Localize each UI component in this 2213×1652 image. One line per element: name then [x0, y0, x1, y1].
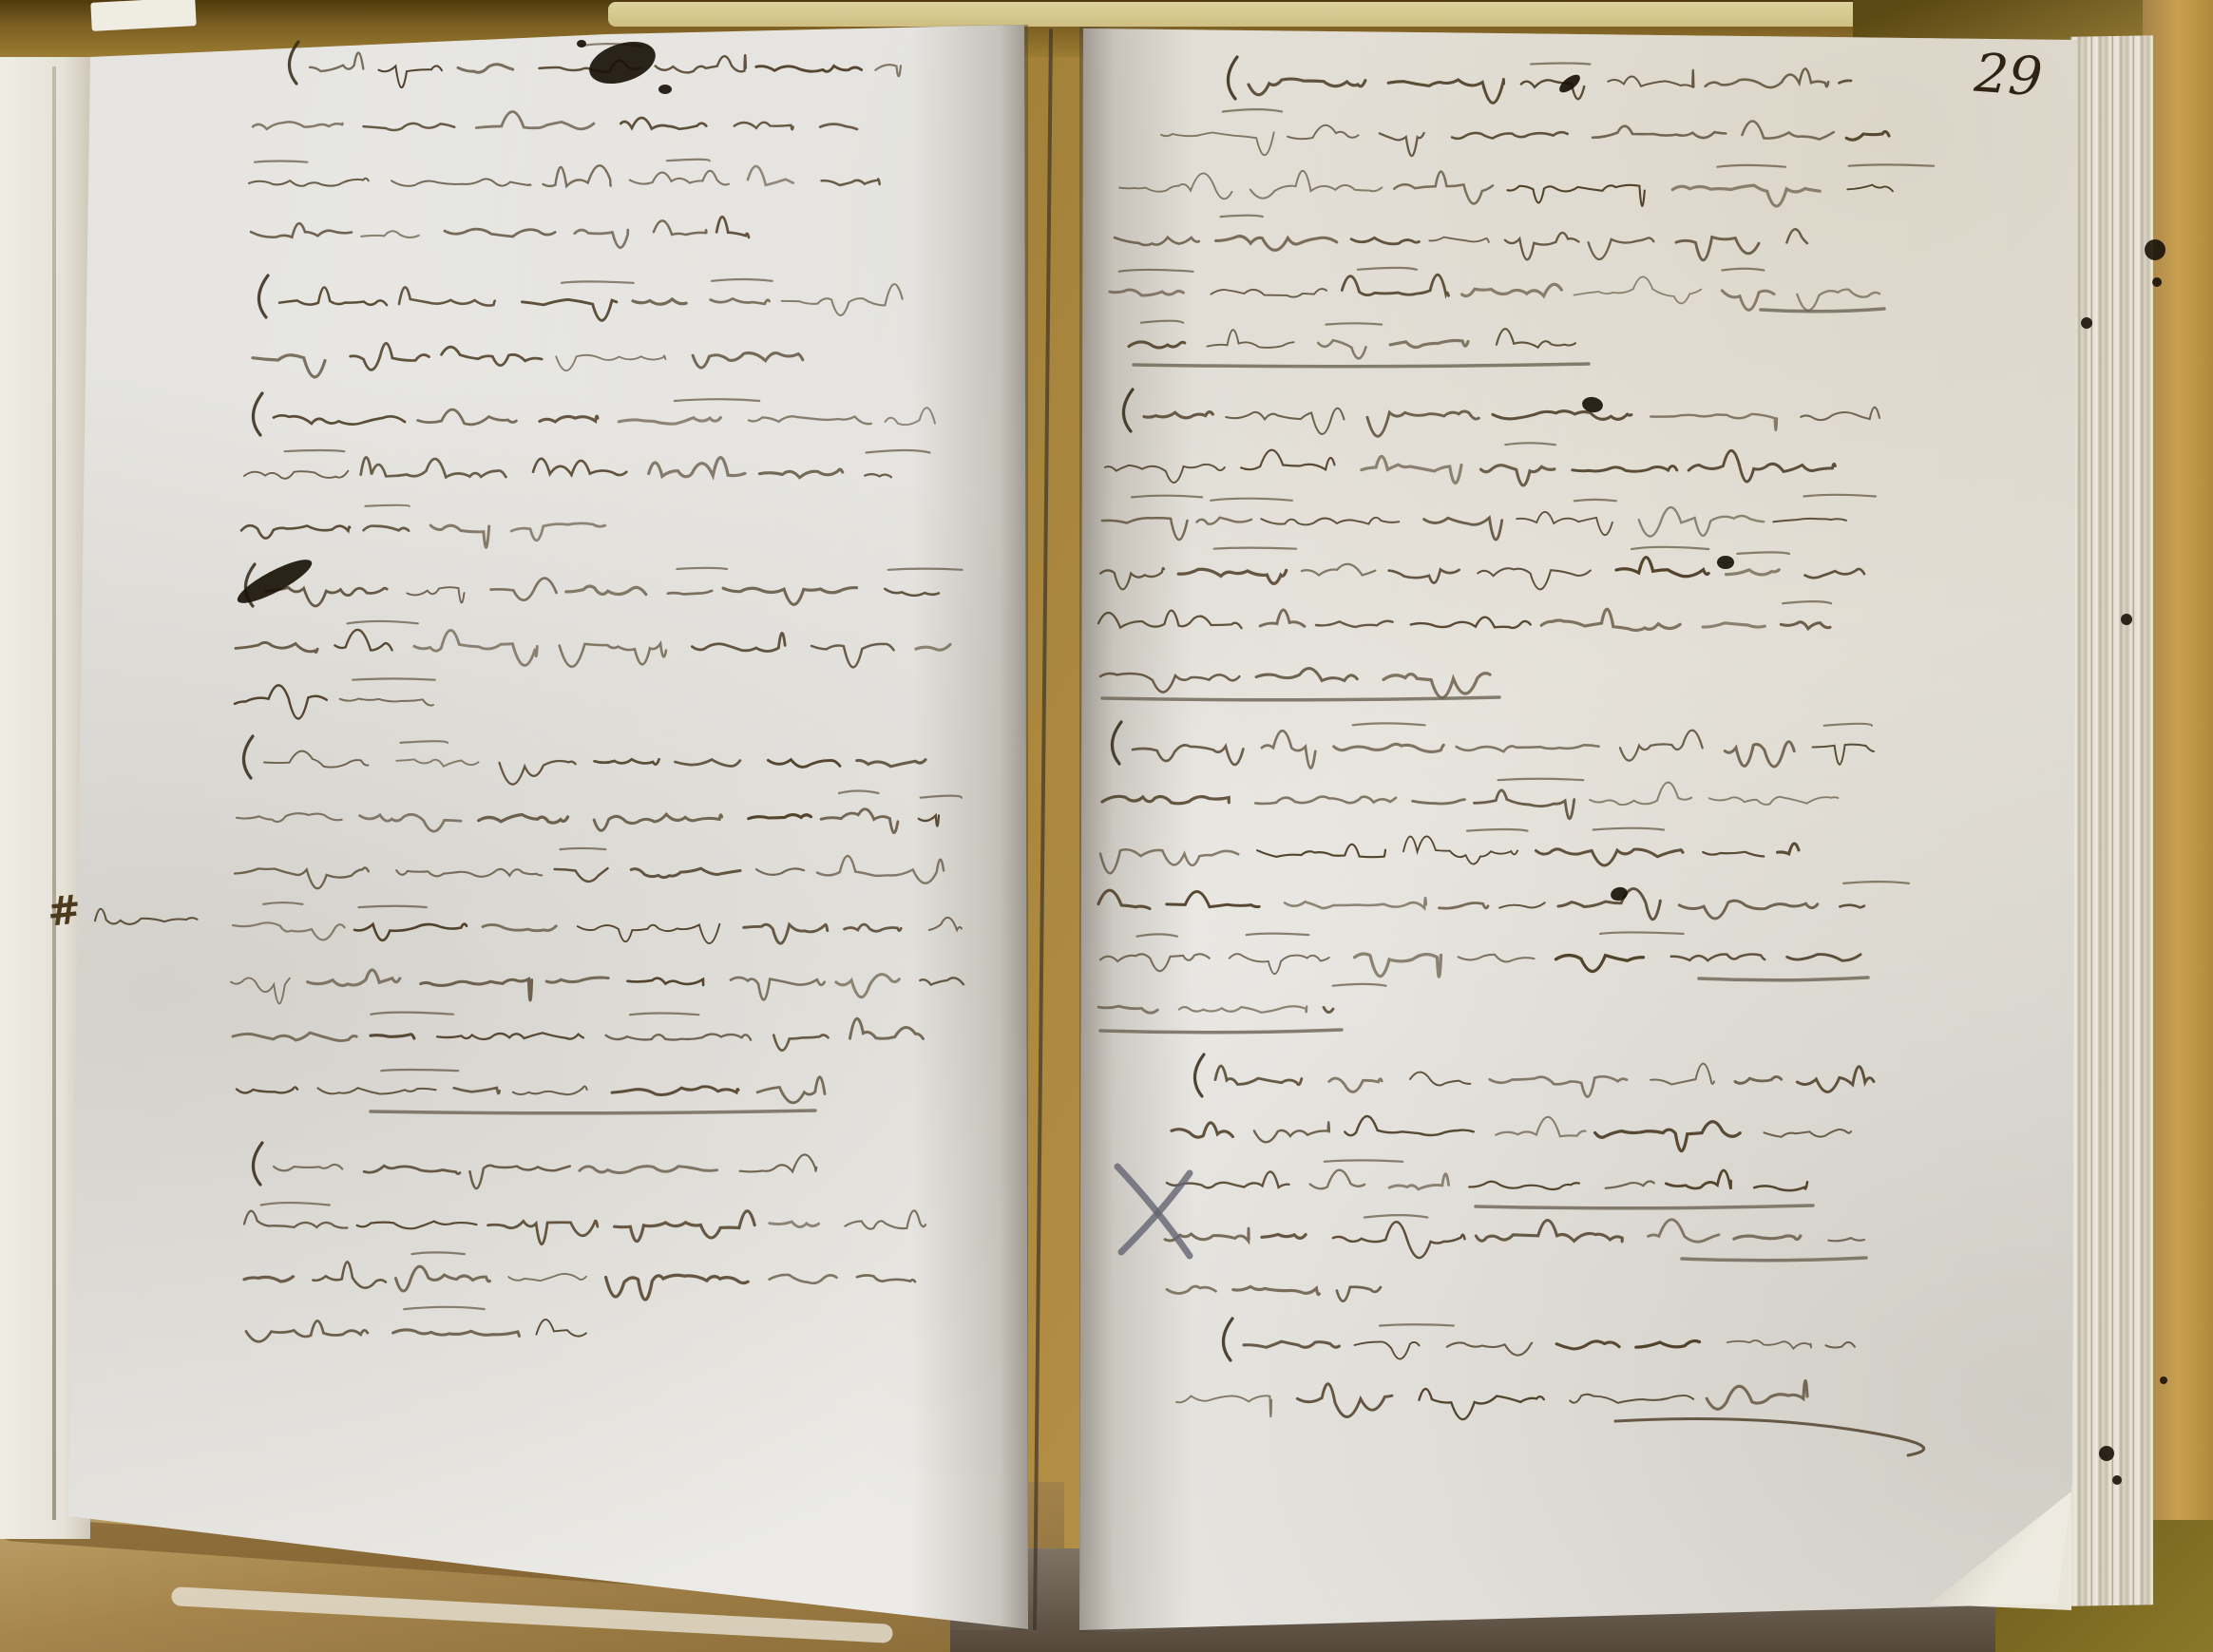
folio-number: 29	[1973, 47, 2044, 105]
handwriting-overlay	[0, 0, 2213, 1652]
manuscript-photo: 29 #	[0, 0, 2213, 1652]
margin-note-symbol: #	[46, 889, 83, 932]
